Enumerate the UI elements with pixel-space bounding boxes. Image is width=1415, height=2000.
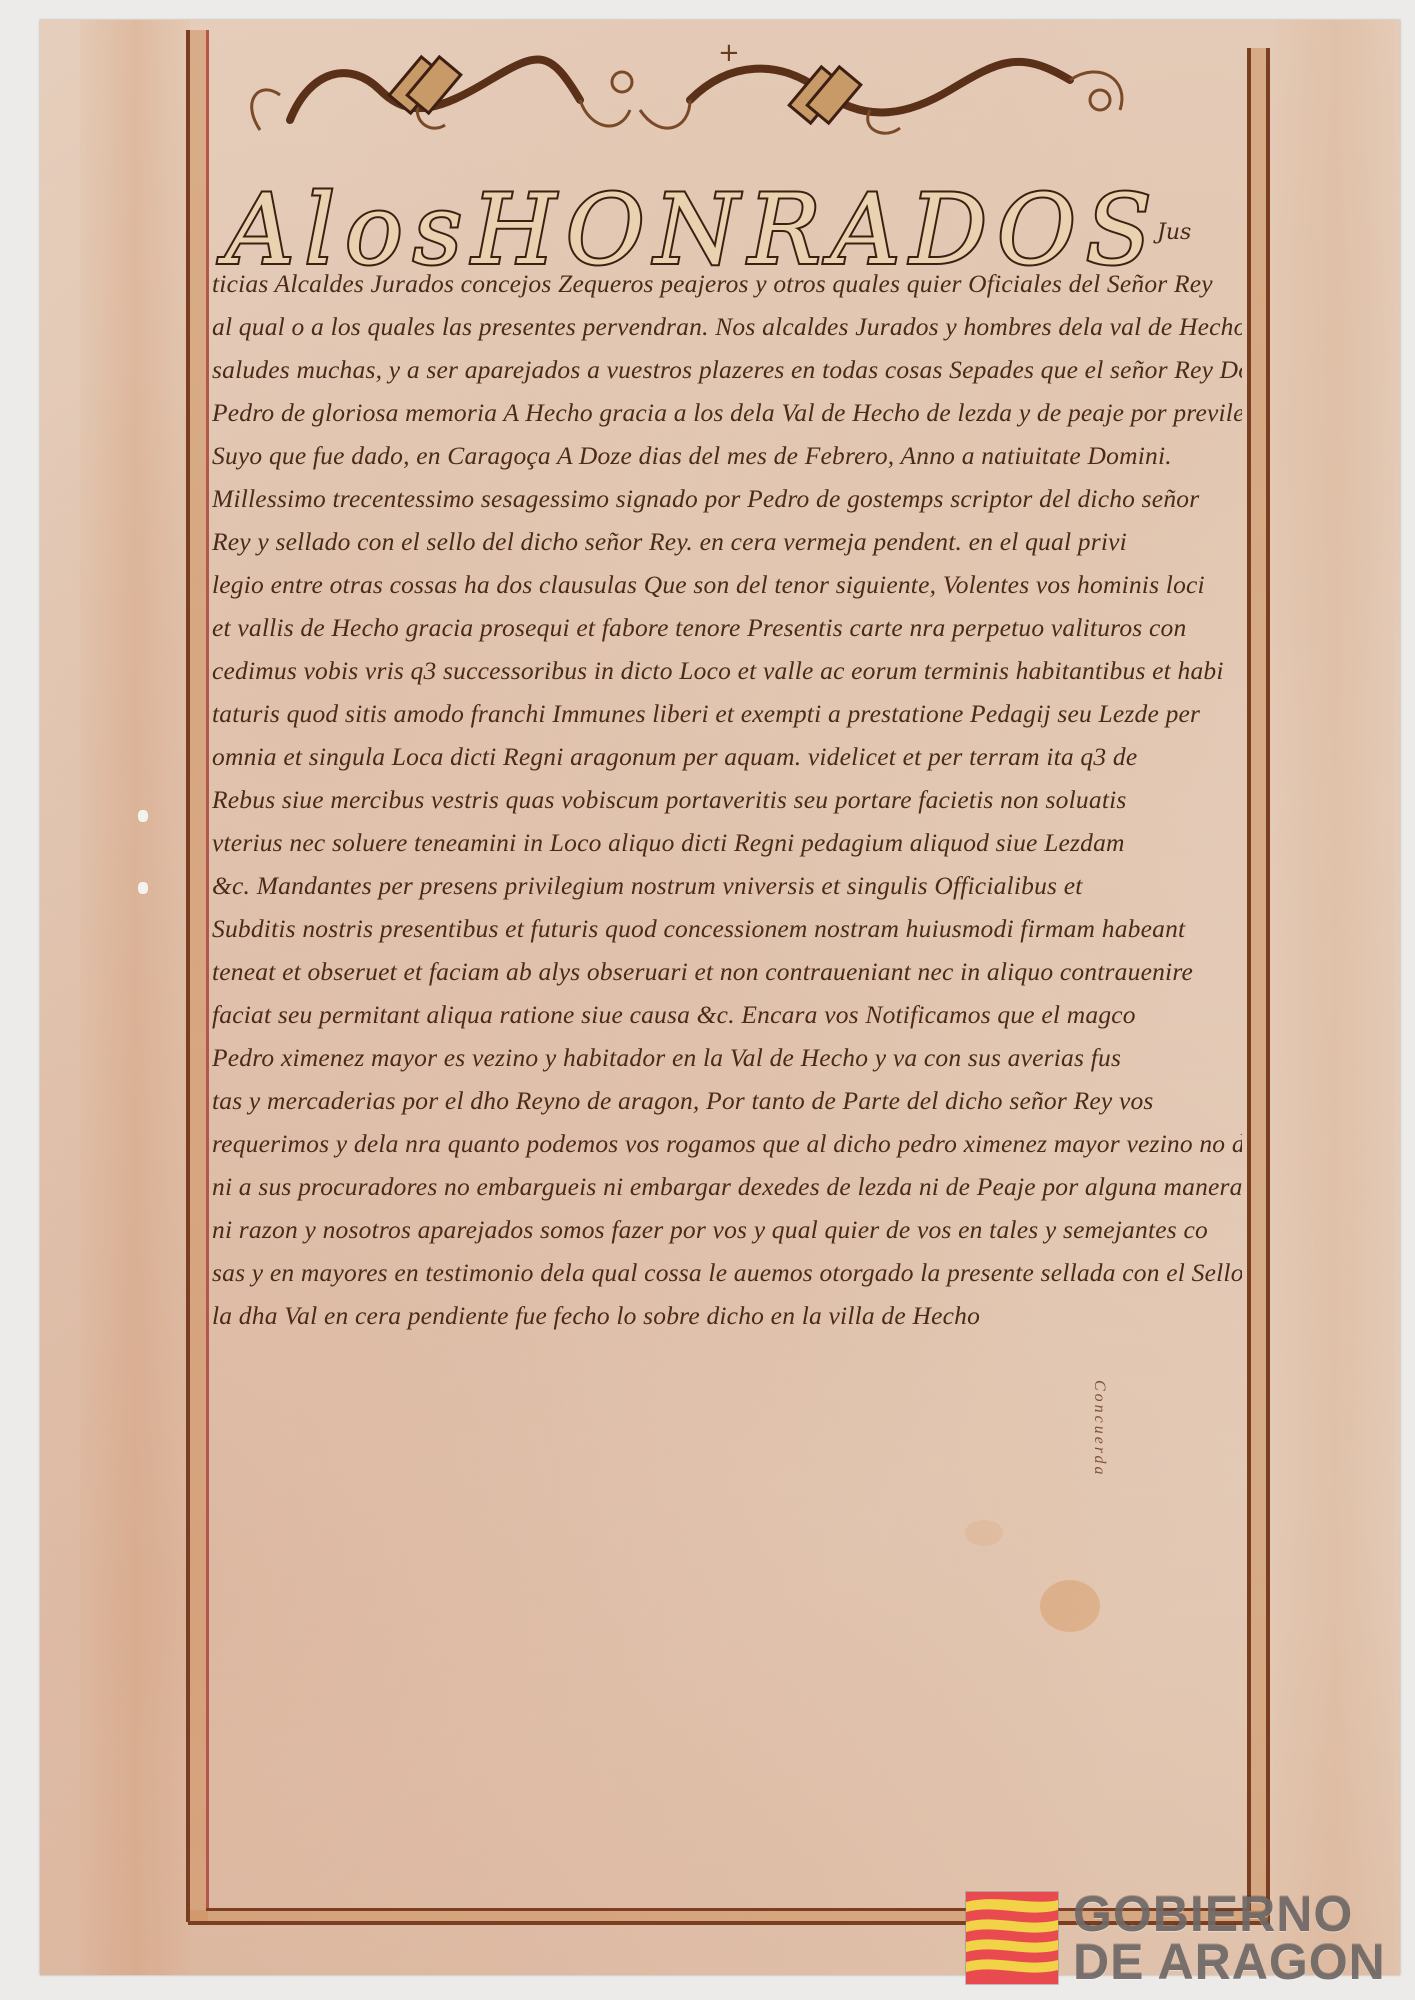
text-line: tas y mercaderias por el dho Reyno de ar…: [212, 1079, 1242, 1122]
marginal-note: Concuerda: [1090, 1380, 1108, 1478]
text-line: et vallis de Hecho gracia prosequi et fa…: [212, 606, 1242, 649]
manuscript-body: ticias Alcaldes Jurados concejos Zequero…: [212, 262, 1242, 1337]
text-line: Rey y sellado con el sello del dicho señ…: [212, 520, 1242, 563]
stain-blot: [1040, 1580, 1100, 1632]
text-line: vterius nec soluere teneamini in Loco al…: [212, 821, 1242, 864]
right-border-rule-outer: [1266, 48, 1270, 1922]
right-margin-stain: [1275, 20, 1395, 1975]
watermark-line-1: GOBIERNO: [1073, 1890, 1386, 1938]
parchment-hole: [138, 810, 148, 822]
text-line: ni razon y nosotros aparejados somos faz…: [212, 1208, 1242, 1251]
left-border-band: [188, 30, 208, 1922]
text-line: legio entre otras cossas ha dos clausula…: [212, 563, 1242, 606]
text-line: Pedro ximenez mayor es vezino y habitado…: [212, 1036, 1242, 1079]
text-line: teneat et obseruet et faciam ab alys obs…: [212, 950, 1242, 993]
text-line: la dha Val en cera pendiente fue fecho l…: [212, 1294, 1242, 1337]
text-line: Suyo que fue dado, en Caragoça A Doze di…: [212, 434, 1242, 477]
text-line: taturis quod sitis amodo franchi Immunes…: [212, 692, 1242, 735]
left-border-rule-outer: [186, 30, 190, 1922]
heading-continuation: Jus: [1157, 220, 1191, 245]
watermark-line-2: DE ARAGON: [1073, 1938, 1386, 1986]
stain-blot: [965, 1520, 1003, 1546]
text-line: faciat seu permitant aliqua ratione siue…: [212, 993, 1242, 1036]
text-line: ni a sus procuradores no embargueis ni e…: [212, 1165, 1242, 1208]
text-line: requerimos y dela nra quanto podemos vos…: [212, 1122, 1242, 1165]
text-line: sas y en mayores en testimonio dela qual…: [212, 1251, 1242, 1294]
text-line: cedimus vobis vris q3 successoribus in d…: [212, 649, 1242, 692]
text-line: omnia et singula Loca dicti Regni aragon…: [212, 735, 1242, 778]
aragon-flag-icon: [965, 1891, 1059, 1985]
left-border-rule-inner: [206, 30, 209, 1910]
text-line: Subditis nostris presentibus et futuris …: [212, 907, 1242, 950]
document-heading: AlosHONRADOS: [225, 118, 1245, 278]
text-line: ticias Alcaldes Jurados concejos Zequero…: [212, 262, 1242, 305]
cross-mark: +: [718, 38, 740, 68]
text-line: Pedro de gloriosa memoria A Hecho gracia…: [212, 391, 1242, 434]
text-line: al qual o a los quales las presentes per…: [212, 305, 1242, 348]
left-margin-stain: [80, 20, 190, 1975]
watermark-text: GOBIERNO DE ARAGON: [1073, 1890, 1386, 1986]
text-line: Millessimo trecentessimo sesagessimo sig…: [212, 477, 1242, 520]
parchment-hole: [138, 882, 148, 894]
text-line: saludes muchas, y a ser aparejados a vue…: [212, 348, 1242, 391]
gobierno-de-aragon-watermark: GOBIERNO DE ARAGON: [965, 1888, 1386, 1988]
text-line: &c. Mandantes per presens privilegium no…: [212, 864, 1242, 907]
right-border-rule-inner: [1247, 48, 1251, 1910]
text-line: Rebus siue mercibus vestris quas vobiscu…: [212, 778, 1242, 821]
